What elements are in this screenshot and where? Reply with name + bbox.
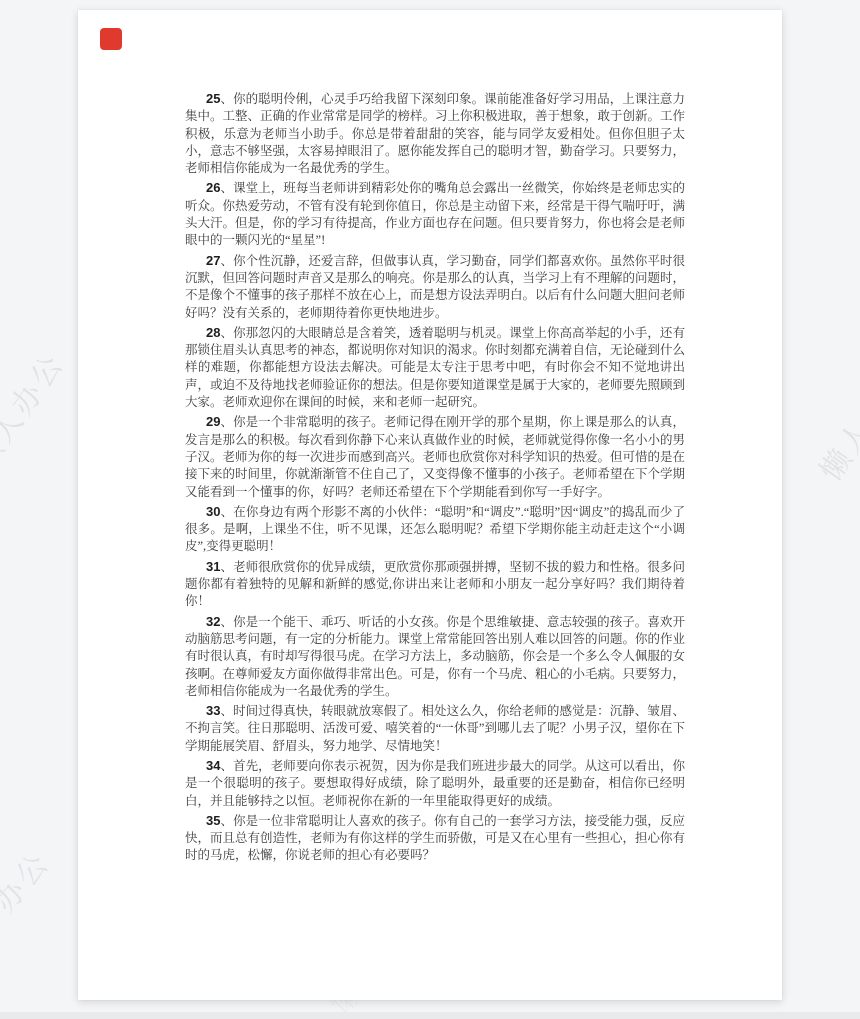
comment-number: 26 — [206, 180, 220, 195]
comment-paragraph: 31、老师很欣赏你的优异成绩，更欣赏你那顽强拼搏，坚韧不拔的毅力和性格。很多问题… — [185, 558, 685, 611]
comment-paragraph: 33、时间过得真快，转眼就放寒假了。相处这么久，你给老师的感觉是：沉静、皱眉、不… — [185, 702, 685, 755]
comment-number: 32 — [206, 614, 220, 629]
comment-number: 33 — [206, 703, 220, 718]
document-content: 25、你的聪明伶俐，心灵手巧给我留下深刻印象。课前能准备好学习用品，上课注意力集… — [185, 90, 685, 867]
comment-paragraph: 34、首先，老师要向你表示祝贺，因为你是我们班进步最大的同学。从这可以看出，你是… — [185, 757, 685, 810]
document-page: 25、你的聪明伶俐，心灵手巧给我留下深刻印象。课前能准备好学习用品，上课注意力集… — [78, 10, 782, 1000]
bottom-bar — [0, 1012, 860, 1019]
number-separator: 、 — [220, 254, 233, 268]
comment-number: 35 — [206, 813, 220, 828]
comment-number: 29 — [206, 414, 220, 429]
comment-text: 你的聪明伶俐，心灵手巧给我留下深刻印象。课前能准备好学习用品，上课注意力集中。工… — [185, 92, 685, 175]
number-separator: 、 — [220, 326, 233, 340]
number-separator: 、 — [220, 704, 233, 718]
number-separator: 、 — [220, 759, 233, 773]
comment-text: 首先，老师要向你表示祝贺，因为你是我们班进步最大的同学。从这可以看出，你是一个很… — [185, 759, 685, 808]
number-separator: 、 — [220, 615, 233, 629]
comment-text: 时间过得真快，转眼就放寒假了。相处这么久，你给老师的感觉是：沉静、皱眉、不拘言笑… — [185, 704, 685, 753]
number-separator: 、 — [220, 92, 233, 106]
number-separator: 、 — [220, 814, 233, 828]
comment-number: 34 — [206, 758, 220, 773]
watermark-text: 懒人办公 — [807, 352, 860, 489]
brand-logo-icon[interactable] — [100, 28, 122, 50]
comment-paragraph: 27、你个性沉静，还爱言辞，但做事认真，学习勤奋，同学们都喜欢你。虽然你平时很沉… — [185, 252, 685, 322]
watermark-text: 办公 — [0, 840, 59, 920]
number-separator: 、 — [220, 505, 233, 519]
comment-paragraph: 28、你那忽闪的大眼睛总是含着笑，透着聪明与机灵。课堂上你高高举起的小手，还有那… — [185, 324, 685, 411]
comment-paragraph: 25、你的聪明伶俐，心灵手巧给我留下深刻印象。课前能准备好学习用品，上课注意力集… — [185, 90, 685, 177]
comment-number: 25 — [206, 91, 220, 106]
number-separator: 、 — [220, 415, 233, 429]
comment-text: 你那忽闪的大眼睛总是含着笑，透着聪明与机灵。课堂上你高高举起的小手，还有那锁住眉… — [185, 326, 685, 409]
comment-number: 28 — [206, 325, 220, 340]
document-viewer-canvas: 懒人办公懒人办公办公懒人办公懒人办公懒人办公 25、你的聪明伶俐，心灵手巧给我留… — [0, 0, 860, 1019]
comment-text: 你是一位非常聪明让人喜欢的孩子。你有自己的一套学习方法，接受能力强，反应快，而且… — [185, 814, 685, 863]
comment-number: 27 — [206, 253, 220, 268]
comment-paragraph: 35、你是一位非常聪明让人喜欢的孩子。你有自己的一套学习方法，接受能力强，反应快… — [185, 812, 685, 865]
comment-text: 你是一个非常聪明的孩子。老师记得在刚开学的那个星期，你上课是那么的认真，发言是那… — [185, 415, 685, 498]
comment-text: 课堂上，班每当老师讲到精彩处你的嘴角总会露出一丝微笑，你始终是老师忠实的听众。你… — [185, 181, 685, 247]
comment-text: 你个性沉静，还爱言辞，但做事认真，学习勤奋，同学们都喜欢你。虽然你平时很沉默，但… — [185, 254, 685, 320]
number-separator: 、 — [220, 181, 233, 195]
comment-paragraph: 26、课堂上，班每当老师讲到精彩处你的嘴角总会露出一丝微笑，你始终是老师忠实的听… — [185, 179, 685, 249]
comment-paragraph: 29、你是一个非常聪明的孩子。老师记得在刚开学的那个星期，你上课是那么的认真，发… — [185, 413, 685, 500]
comment-text: 在你身边有两个形影不离的小伙伴：“聪明”和“调皮”.“聪明”因“调皮”的捣乱而少… — [185, 505, 685, 554]
comment-paragraph: 30、在你身边有两个形影不离的小伙伴：“聪明”和“调皮”.“聪明”因“调皮”的捣… — [185, 503, 685, 556]
comment-number: 31 — [206, 559, 220, 574]
comment-text: 你是一个能干、乖巧、听话的小女孩。你是个思维敏捷、意志较强的孩子。喜欢开动脑筋思… — [185, 615, 685, 698]
comment-text: 老师很欣赏你的优异成绩，更欣赏你那顽强拼搏，坚韧不拔的毅力和性格。很多问题你都有… — [185, 560, 685, 609]
comment-number: 30 — [206, 504, 220, 519]
number-separator: 、 — [220, 560, 233, 574]
watermark-text: 懒人办公 — [0, 342, 73, 479]
comment-paragraph: 32、你是一个能干、乖巧、听话的小女孩。你是个思维敏捷、意志较强的孩子。喜欢开动… — [185, 613, 685, 700]
